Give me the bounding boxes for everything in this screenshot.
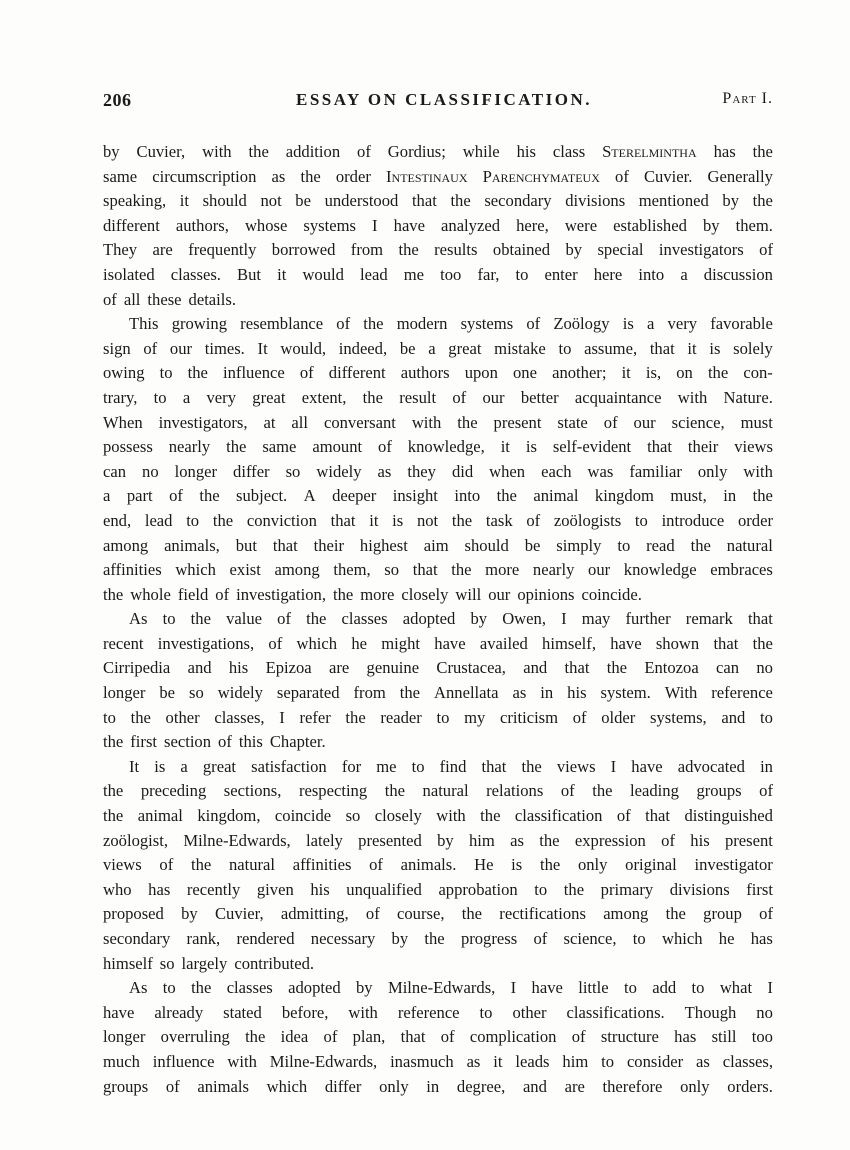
text-line: theprecedingsections,respectingthenatura… <box>103 779 773 804</box>
text-line: whohasrecentlygivenhisunqualifiedapproba… <box>103 878 773 903</box>
text-line: ofallthesedetails. <box>103 288 773 313</box>
text-line: owingtotheinfluenceofdifferentauthorsupo… <box>103 361 773 386</box>
text-line: samecircumscriptionastheorderIntestinaux… <box>103 165 773 190</box>
paragraph: Itisagreatsatisfactionformetofindthatthe… <box>103 755 773 976</box>
text-line: recentinvestigations,ofwhichhemighthavea… <box>103 632 773 657</box>
text-line: zoölogist,Milne-Edwards,latelypresentedb… <box>103 829 773 854</box>
part-label: Part I. <box>722 90 773 108</box>
text-line: thefirstsectionofthisChapter. <box>103 730 773 755</box>
text-line: thewholefieldofinvestigation,themoreclos… <box>103 583 773 608</box>
body-text: byCuvier,withtheadditionofGordius;whileh… <box>103 140 773 1099</box>
paragraph: AstotheclassesadoptedbyMilne-Edwards,Iha… <box>103 976 773 1099</box>
paragraph: AstothevalueoftheclassesadoptedbyOwen,Im… <box>103 607 773 755</box>
text-line: Thisgrowingresemblanceofthemodernsystems… <box>103 312 773 337</box>
text-line: viewsofthenaturalaffinitiesofanimals.Hei… <box>103 853 773 878</box>
text-line: isolatedclasses.Butitwouldleadmetoofar,t… <box>103 263 773 288</box>
text-line: signofourtimes.Itwould,indeed,beagreatmi… <box>103 337 773 362</box>
text-line: AstotheclassesadoptedbyMilne-Edwards,Iha… <box>103 976 773 1001</box>
book-page: 206 ESSAY ON CLASSIFICATION. Part I. byC… <box>0 0 850 1150</box>
text-line: Wheninvestigators,atallconversantwiththe… <box>103 411 773 436</box>
text-line: Itisagreatsatisfactionformetofindthatthe… <box>103 755 773 780</box>
paragraph: Thisgrowingresemblanceofthemodernsystems… <box>103 312 773 607</box>
text-line: apartofthesubject.Adeeperinsightintothea… <box>103 484 773 509</box>
text-line: amonganimals,butthattheirhighestaimshoul… <box>103 534 773 559</box>
text-line: speaking,itshouldnotbeunderstoodthatthes… <box>103 189 773 214</box>
text-line: longeroverrulingtheideaofplan,thatofcomp… <box>103 1025 773 1050</box>
text-line: longerbesowidelyseparatedfromtheAnnellat… <box>103 681 773 706</box>
text-line: possessnearlythesameamountofknowledge,it… <box>103 435 773 460</box>
text-line: proposedbyCuvier,admitting,ofcourse,ther… <box>103 902 773 927</box>
running-title: ESSAY ON CLASSIFICATION. <box>103 90 773 110</box>
text-line: theanimalkingdom,coincidesocloselywithth… <box>103 804 773 829</box>
text-line: trary,toaverygreatextent,theresultofourb… <box>103 386 773 411</box>
text-line: AstothevalueoftheclassesadoptedbyOwen,Im… <box>103 607 773 632</box>
text-line: CirripediaandhisEpizoaaregenuineCrustace… <box>103 656 773 681</box>
text-line: secondaryrank,renderednecessarybytheprog… <box>103 927 773 952</box>
text-line: groupsofanimalswhichdifferonlyindegree,a… <box>103 1075 773 1100</box>
text-line: havealreadystatedbefore,withreferencetoo… <box>103 1001 773 1026</box>
text-line: himselfsolargelycontributed. <box>103 952 773 977</box>
paragraph: byCuvier,withtheadditionofGordius;whileh… <box>103 140 773 312</box>
running-head: 206 ESSAY ON CLASSIFICATION. Part I. <box>103 90 773 120</box>
text-line: muchinfluencewithMilne-Edwards,inasmucha… <box>103 1050 773 1075</box>
text-line: byCuvier,withtheadditionofGordius;whileh… <box>103 140 773 165</box>
text-line: cannolongerdiffersowidelyastheydidwhenea… <box>103 460 773 485</box>
text-line: Theyarefrequentlyborrowedfromtheresultso… <box>103 238 773 263</box>
text-line: differentauthors,whosesystemsIhaveanalyz… <box>103 214 773 239</box>
text-line: totheotherclasses,Ireferthereadertomycri… <box>103 706 773 731</box>
text-line: affinitieswhichexistamongthem,sothatthem… <box>103 558 773 583</box>
text-line: end,leadtotheconvictionthatitisnotthetas… <box>103 509 773 534</box>
